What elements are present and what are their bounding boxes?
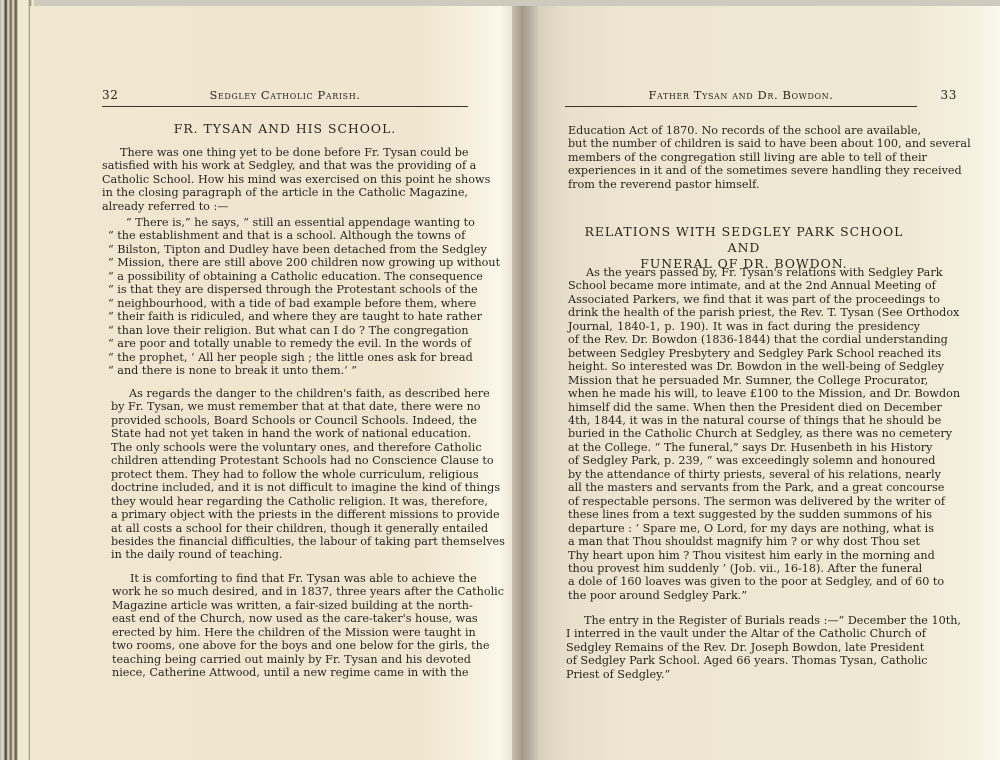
text-line: besides the financial difficulties, the …: [111, 535, 466, 548]
text-line: when he made his will, to leave £100 to …: [568, 387, 920, 400]
page-edges: [0, 0, 34, 760]
text-line: a dole of 160 loaves was given to the po…: [568, 575, 920, 588]
open-book-spread: 32 Sedgley Catholic Parish. FR. TYSAN AN…: [0, 0, 1000, 760]
left-section-heading: FR. TYSAN AND HIS SCHOOL.: [102, 121, 468, 137]
text-line: departure : ‘ Spare me, O Lord, for my d…: [568, 522, 920, 535]
text-line: provided schools, Board Schools or Counc…: [111, 414, 466, 427]
left-running-header: 32 Sedgley Catholic Parish.: [102, 88, 468, 107]
right-paragraph-1: Education Act of 1870. No records of the…: [568, 124, 920, 191]
book-gutter: [512, 6, 540, 760]
text-line: The entry in the Register of Burials rea…: [566, 614, 918, 627]
text-line: niece, Catherine Attwood, until a new re…: [112, 666, 467, 679]
text-line: in the daily round of teaching.: [111, 548, 466, 561]
text-line: already referred to :—: [102, 200, 468, 213]
text-line: himself did the same. When then the Pres…: [568, 401, 920, 414]
text-line: Thy heart upon him ? Thou visitest him e…: [568, 549, 920, 562]
text-line: work he so much desired, and in 1837, th…: [112, 585, 467, 598]
text-line: State had not yet taken in hand the work…: [111, 427, 466, 440]
text-line: School became more intimate, and at the …: [568, 279, 920, 292]
left-running-title: Sedgley Catholic Parish.: [102, 88, 468, 102]
text-line: “ Bilston, Tipton and Dudley have been d…: [108, 243, 465, 256]
text-line: Magazine article was written, a fair-siz…: [112, 599, 467, 612]
text-line: between Sedgley Presbytery and Sedgley P…: [568, 347, 920, 360]
left-quotation: “ There is,” he says, “ still an essenti…: [108, 216, 465, 377]
text-line: “ are poor and totally unable to remedy …: [108, 337, 465, 350]
text-line: satisfied with his work at Sedgley, and …: [102, 159, 468, 172]
text-line: at the College. “ The funeral,” says Dr.…: [568, 441, 920, 454]
text-line: “ Mission, there are still above 200 chi…: [108, 256, 465, 269]
heading-line: RELATIONS WITH SEDGLEY PARK SCHOOL AND: [568, 224, 920, 256]
text-line: There was one thing yet to be done befor…: [102, 146, 468, 159]
text-line: at all costs a school for their children…: [111, 522, 466, 535]
text-line: from the reverend pastor himself.: [568, 178, 920, 191]
text-line: of the Rev. Dr. Bowdon (1836-1844) that …: [568, 333, 920, 346]
left-paragraph-2: As regards the danger to the children's …: [111, 387, 466, 562]
text-line: but the number of children is said to ha…: [568, 137, 920, 150]
text-line: of respectable persons. The sermon was d…: [568, 495, 920, 508]
right-paragraph-2: As the years passed by, Fr. Tysan's rela…: [568, 266, 920, 602]
text-line: by Fr. Tysan, we must remember that at t…: [111, 400, 466, 413]
text-line: buried in the Catholic Church at Sedgley…: [568, 427, 920, 440]
left-paragraph-3: It is comforting to find that Fr. Tysan …: [112, 572, 467, 680]
text-line: doctrine included, and it is not difficu…: [111, 481, 466, 494]
text-line: 4th, 1844, it was in the natural course …: [568, 414, 920, 427]
text-line: protect them. They had to follow the who…: [111, 468, 466, 481]
text-line: Mission that he persuaded Mr. Sumner, th…: [568, 374, 920, 387]
right-running-title: Father Tysan and Dr. Bowdon.: [565, 88, 917, 102]
text-line: members of the congregation still living…: [568, 151, 920, 164]
text-line: these lines from a text suggested by the…: [568, 508, 920, 521]
text-line: the poor around Sedgley Park.”: [568, 589, 920, 602]
text-line: erected by him. Here the children of the…: [112, 626, 467, 639]
text-line: Journal, 1840-1, p. 190). It was in fact…: [568, 320, 920, 333]
text-line: they would hear regarding the Catholic r…: [111, 495, 466, 508]
text-line: by the attendance of thirty priests, sev…: [568, 468, 920, 481]
text-line: in the closing paragraph of the article …: [102, 186, 468, 199]
text-line: of Sedgley Park School. Aged 66 years. T…: [566, 654, 918, 667]
text-line: “ the establishment and that is a school…: [108, 229, 465, 242]
text-line: “ a possibility of obtaining a Catholic …: [108, 270, 465, 283]
text-line: of Sedgley Park, p. 239, “ was exceeding…: [568, 454, 920, 467]
text-line: “ is that they are dispersed through the…: [108, 283, 465, 296]
text-line: “ the prophet, ‘ All her people sigh ; t…: [108, 351, 465, 364]
text-line: Education Act of 1870. No records of the…: [568, 124, 920, 137]
text-line: “ their faith is ridiculed, and where th…: [108, 310, 465, 323]
text-line: two rooms, one above for the boys and on…: [112, 639, 467, 652]
text-line: I interred in the vault under the Altar …: [566, 627, 918, 640]
right-section-heading: RELATIONS WITH SEDGLEY PARK SCHOOL AND F…: [568, 224, 920, 272]
text-line: height. So interested was Dr. Bowdon in …: [568, 360, 920, 373]
text-line: As regards the danger to the children's …: [111, 387, 466, 400]
text-line: It is comforting to find that Fr. Tysan …: [112, 572, 467, 585]
text-line: The only schools were the voluntary ones…: [111, 441, 466, 454]
right-page-number: 33: [941, 88, 957, 102]
text-line: As the years passed by, Fr. Tysan's rela…: [568, 266, 920, 279]
text-line: “ and there is none to break it unto the…: [108, 364, 465, 377]
text-line: drink the health of the parish priest, t…: [568, 306, 920, 319]
text-line: a primary object with the priests in the…: [111, 508, 466, 521]
text-line: teaching being carried out mainly by Fr.…: [112, 653, 467, 666]
left-paragraph-1: There was one thing yet to be done befor…: [102, 146, 468, 213]
text-line: “ neighbourhood, with a tide of bad exam…: [108, 297, 465, 310]
text-line: “ than love their religion. But what can…: [108, 324, 465, 337]
text-line: Catholic School. How his mind was exerci…: [102, 173, 468, 186]
text-line: east end of the Church, now used as the …: [112, 612, 467, 625]
text-line: Associated Parkers, we find that it was …: [568, 293, 920, 306]
text-line: all the masters and servants from the Pa…: [568, 481, 920, 494]
right-paragraph-3: The entry in the Register of Burials rea…: [566, 614, 918, 681]
right-running-header: Father Tysan and Dr. Bowdon. 33: [565, 88, 917, 107]
text-line: a man that Thou shouldst magnify him ? o…: [568, 535, 920, 548]
text-line: Sedgley Remains of the Rev. Dr. Joseph B…: [566, 641, 918, 654]
text-line: children attending Protestant Schools ha…: [111, 454, 466, 467]
text-line: experiences in it and of the sometimes s…: [568, 164, 920, 177]
text-line: thou provest him suddenly ’ (Job. vii., …: [568, 562, 920, 575]
text-line: Priest of Sedgley.”: [566, 668, 918, 681]
text-line: “ There is,” he says, “ still an essenti…: [108, 216, 465, 229]
